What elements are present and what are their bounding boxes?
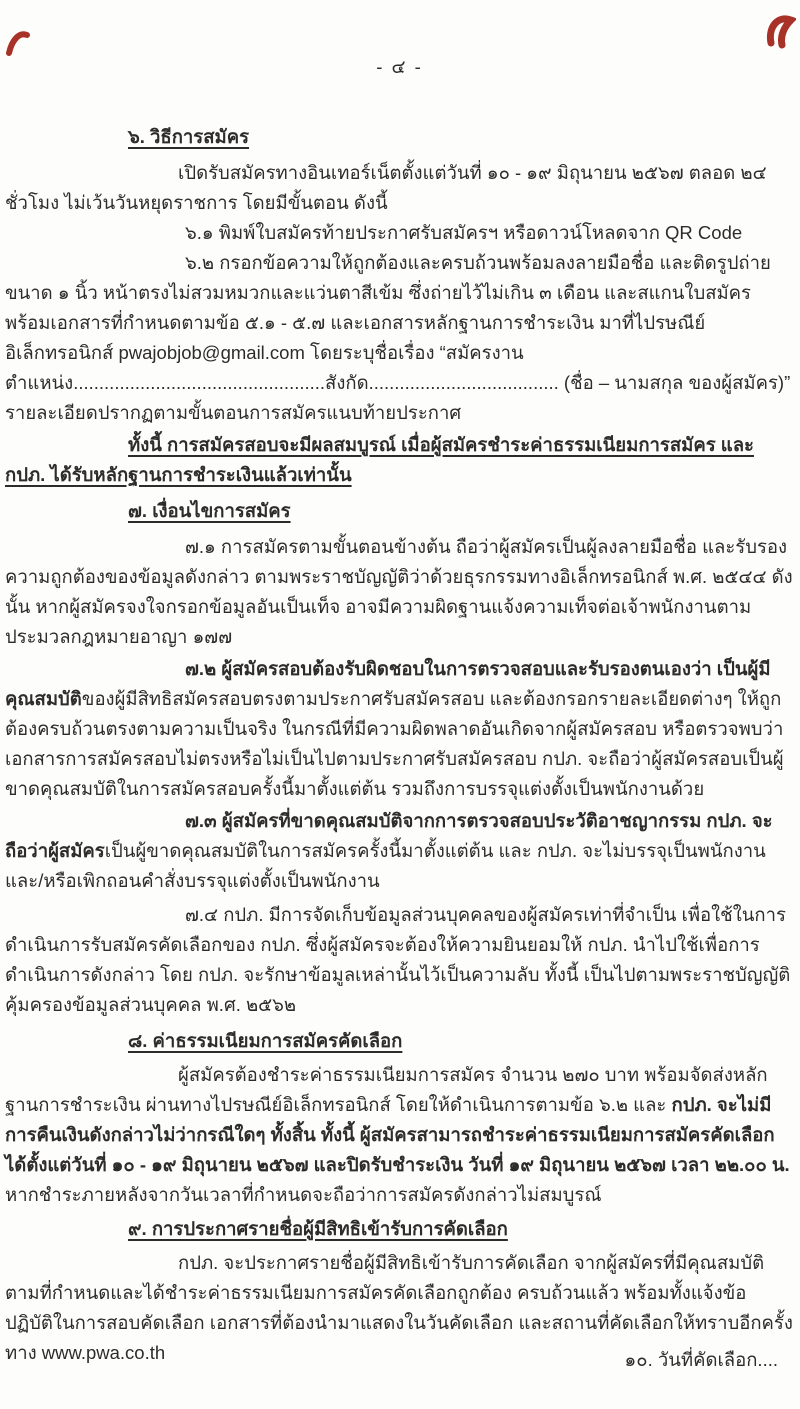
section-8-paragraph: ผู้สมัครต้องชำระค่าธรรมเนียมการสมัคร จำน… xyxy=(5,1060,794,1210)
section-7-item-7-1: ๗.๑ การสมัครตามขั้นตอนข้างต้น ถือว่าผู้ส… xyxy=(5,532,794,652)
page-number: - ๔ - xyxy=(5,52,794,82)
section-8-heading: ๘. ค่าธรรมเนียมการสมัครคัดเลือก xyxy=(128,1026,794,1056)
section-6-item-6-2: ๖.๒ กรอกข้อความให้ถูกต้องและครบถ้วนพร้อม… xyxy=(5,248,794,428)
red-pen-mark-top-left xyxy=(5,28,31,58)
section-7-item-7-2: ๗.๒ ผู้สมัครสอบต้องรับผิดชอบในการตรวจสอบ… xyxy=(5,654,794,804)
section-8-late-payment-text: หากชำระภายหลังจากวันเวลาที่กำหนดจะถือว่า… xyxy=(5,1184,602,1205)
section-6-item-6-1: ๖.๑ พิมพ์ใบสมัครท้ายประกาศรับสมัครฯ หรือ… xyxy=(5,218,794,248)
section-6-completion-note: ทั้งนี้ การสมัครสอบจะมีผลสมบูรณ์ เมื่อผู… xyxy=(5,430,794,490)
scanned-document-page: - ๔ - ๖. วิธีการสมัคร เปิดรับสมัครทางอิน… xyxy=(0,0,800,1409)
section-7-item-7-3: ๗.๓ ผู้สมัครที่ขาดคุณสมบัติจากการตรวจสอบ… xyxy=(5,806,794,896)
section-7-heading: ๗. เงื่อนไขการสมัคร xyxy=(128,496,794,526)
section-7-item-7-2-rest: ของผู้มีสิทธิสมัครสอบตรงตามประกาศรับสมัค… xyxy=(5,688,784,799)
section-6-intro-paragraph: เปิดรับสมัครทางอินเทอร์เน็ตตั้งแต่วันที่… xyxy=(5,158,794,218)
section-9-heading: ๙. การประกาศรายชื่อผู้มีสิทธิเข้ารับการค… xyxy=(128,1214,794,1244)
section-7-item-7-3-rest: เป็นผู้ขาดคุณสมบัติในการสมัครครั้งนี้มาต… xyxy=(5,840,766,891)
red-pen-mark-top-right xyxy=(764,12,796,50)
section-8-fee-text: ผู้สมัครต้องชำระค่าธรรมเนียมการสมัคร จำน… xyxy=(5,1064,768,1115)
section-7-item-7-4: ๗.๔ กปภ. มีการจัดเก็บข้อมูลส่วนบุคคลของผ… xyxy=(5,900,794,1020)
next-section-catchword: ๑๐. วันที่คัดเลือก.... xyxy=(625,1345,778,1375)
section-6-heading: ๖. วิธีการสมัคร xyxy=(128,122,794,152)
